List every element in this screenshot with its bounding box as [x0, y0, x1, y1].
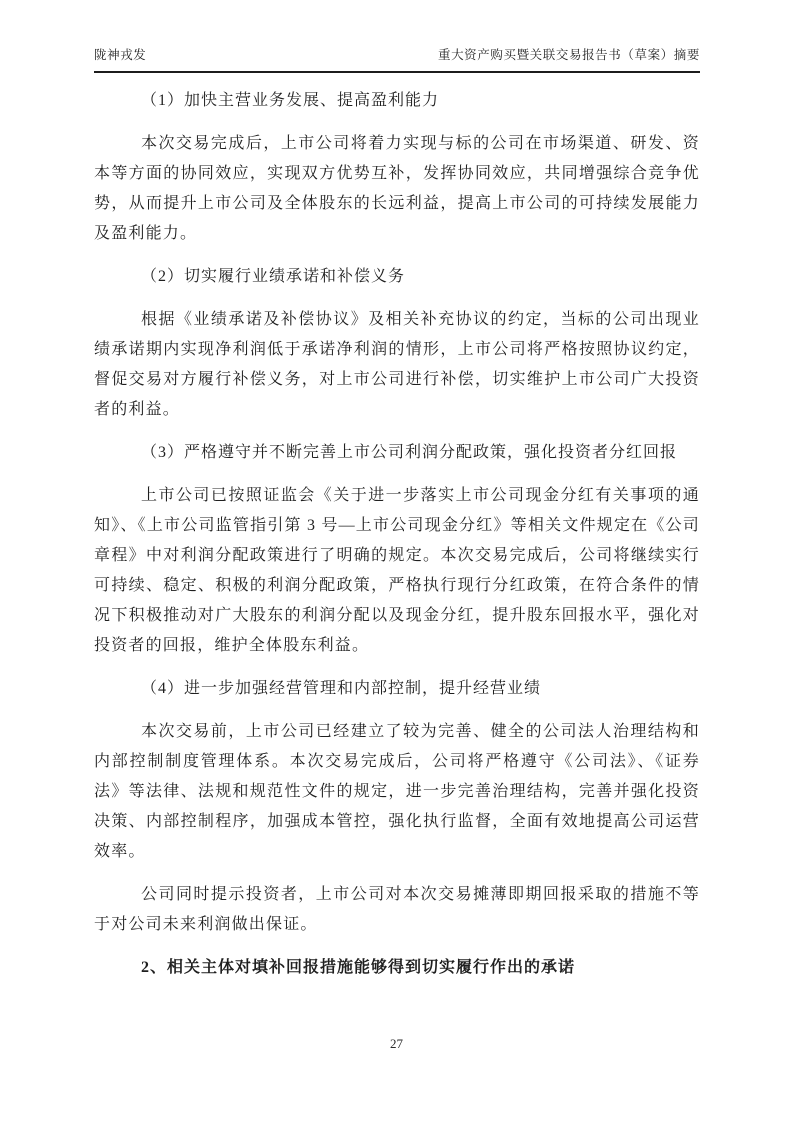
page-number: 27: [390, 1036, 403, 1051]
section-heading-commitments-of-related-parties: 2、相关主体对填补回报措施能够得到切实履行作出的承诺: [94, 953, 700, 983]
section-heading-3-profit-distribution-policy: （3）严格遵守并不断完善上市公司利润分配政策，强化投资者分红回报: [94, 438, 700, 468]
paragraph-synergy-effects: 本次交易完成后，上市公司将着力实现与标的公司在市场渠道、研发、资本等方面的协同效…: [94, 129, 700, 249]
document-page: 陇神戎发 重大资产购买暨关联交易报告书（草案）摘要 （1）加快主营业务发展、提高…: [0, 0, 793, 1122]
paragraph-investor-reminder: 公司同时提示投资者，上市公司对本次交易摊薄即期回报采取的措施不等于对公司未来利润…: [94, 880, 700, 940]
page-footer: 27: [0, 1036, 793, 1052]
section-heading-2-performance-commitment: （2）切实履行业绩承诺和补偿义务: [94, 262, 700, 292]
section-heading-1-business-growth: （1）加快主营业务发展、提高盈利能力: [94, 86, 700, 116]
header-company-short-name: 陇神戎发: [94, 47, 146, 63]
section-heading-4-internal-control: （4）进一步加强经营管理和内部控制，提升经营业绩: [94, 674, 700, 704]
paragraph-compensation-obligations: 根据《业绩承诺及补偿协议》及相关补充协议的约定，当标的公司出现业绩承诺期内实现净…: [94, 305, 700, 425]
paragraph-governance-structure: 本次交易前，上市公司已经建立了较为完善、健全的公司法人治理结构和内部控制制度管理…: [94, 717, 700, 867]
paragraph-dividend-policy: 上市公司已按照证监会《关于进一步落实上市公司现金分红有关事项的通知》、《上市公司…: [94, 481, 700, 661]
header-document-title: 重大资产购买暨关联交易报告书（草案）摘要: [438, 47, 700, 63]
page-header: 陇神戎发 重大资产购买暨关联交易报告书（草案）摘要: [94, 47, 700, 73]
document-body: （1）加快主营业务发展、提高盈利能力 本次交易完成后，上市公司将着力实现与标的公…: [94, 86, 700, 996]
